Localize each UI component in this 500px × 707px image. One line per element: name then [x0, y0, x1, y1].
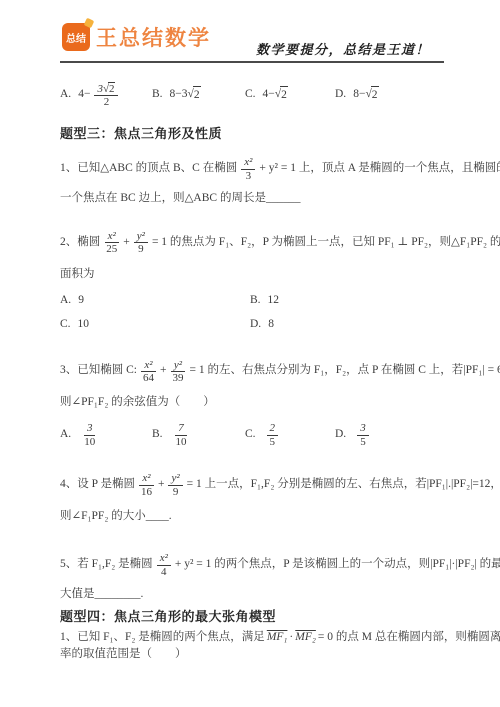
question-1-line-2: 一个焦点在 BC 边上，则△ABC 的周长是______: [60, 190, 446, 208]
option-a-label: A.: [60, 426, 71, 444]
option-d-prefix: 8−: [353, 86, 365, 104]
option-a-prefix: 4−: [78, 86, 90, 104]
option-c: C. 2 5: [245, 422, 335, 448]
worksheet-page: 总结 王总结数学 数学要提分，总结是王道！ A. 4− 3√2 2 B. 8−3…: [0, 0, 500, 707]
fraction: x² 64: [141, 359, 156, 385]
numerator: y²: [134, 230, 148, 243]
question-text: + y² = 1 上，顶点 A 是椭圆的一个焦点，且椭圆的另外: [259, 160, 500, 178]
option-a-value: 9: [78, 292, 84, 310]
option-d: D. 8: [250, 316, 274, 334]
option-c-prefix: 4−: [263, 86, 275, 104]
plus-sign: +: [123, 234, 130, 252]
question-text: 3、已知椭圆 C:: [60, 362, 137, 380]
fraction: 2 5: [267, 422, 279, 448]
brand-logo: 总结 王总结数学: [62, 22, 211, 52]
option-d-value: 8: [268, 316, 274, 334]
denominator: 10: [82, 436, 97, 448]
question-text: 4、设 P 是椭圆: [60, 476, 135, 494]
worksheet-content: A. 4− 3√2 2 B. 8−3 √2 C. 4− √2 D. 8− √2: [60, 70, 446, 663]
numerator: y²: [168, 472, 182, 485]
question-4-line-2: 则∠F₁PF₂ 的大小____.: [60, 508, 446, 526]
fraction: 3√2 2: [94, 82, 118, 109]
question-text: 1、已知 F₁、F₂ 是椭圆的两个焦点，满足: [60, 629, 265, 646]
question-5: 5、若 F₁,F₂ 是椭圆 x² 4 + y² = 1 的两个焦点，P 是该椭圆…: [60, 548, 446, 604]
option-c: C. 10: [60, 316, 250, 334]
numerator: x²: [157, 552, 171, 565]
question-text: = 0 的点 M 总在椭圆内部，则椭圆离心: [318, 629, 500, 646]
numerator: 3: [84, 422, 96, 435]
question-3: 3、已知椭圆 C: x² 64 + y² 39 = 1 的左、右焦点分别为 F₁…: [60, 354, 446, 452]
option-d-label: D.: [335, 426, 346, 444]
dot-operator: ·: [289, 629, 293, 646]
question-4: 4、设 P 是椭圆 x² 16 + y² 9 = 1 上一点，F₁,F₂ 分别是…: [60, 468, 446, 526]
option-b: B. 12: [250, 292, 279, 310]
options-row-previous-question: A. 4− 3√2 2 B. 8−3 √2 C. 4− √2 D. 8− √2: [60, 78, 446, 112]
option-c: C. 4− √2: [245, 86, 335, 105]
option-d: D. 3 5: [335, 422, 373, 448]
question-2-options-row-1: A. 9 B. 12: [60, 292, 446, 310]
option-c-value: 10: [78, 316, 90, 334]
option-a: A. 3 10: [60, 422, 152, 448]
question-2: 2、椭圆 x² 25 + y² 9 = 1 的焦点为 F₁、F₂，P 为椭圆上一…: [60, 226, 446, 333]
option-c-label: C.: [245, 86, 256, 104]
question-1: 1、已知△ABC 的顶点 B、C 在椭圆 x² 3 + y² = 1 上，顶点 …: [60, 152, 446, 208]
denominator: 16: [139, 486, 154, 498]
fraction: 7 10: [174, 422, 189, 448]
option-a: A. 4− 3√2 2: [60, 82, 152, 109]
option-c-label: C.: [245, 426, 256, 444]
option-b-prefix: 8−3: [170, 86, 188, 104]
option-b-label: B.: [152, 426, 163, 444]
question-text: + y² = 1 的两个焦点，P 是该椭圆上的一个动点，则|PF₁|·|PF₂|…: [175, 556, 500, 574]
question-text: = 1 的焦点为 F₁、F₂，P 为椭圆上一点，已知 PF₁ ⊥ PF₂，则△F…: [152, 234, 500, 252]
question-2-options-row-2: C. 10 D. 8: [60, 316, 446, 334]
question-6: 1、已知 F₁、F₂ 是椭圆的两个焦点，满足 MF₁ · MF₂ = 0 的点 …: [60, 629, 446, 664]
option-a: A. 9: [60, 292, 250, 310]
denominator: 39: [171, 372, 186, 384]
denominator: 10: [174, 436, 189, 448]
question-3-line-1: 3、已知椭圆 C: x² 64 + y² 39 = 1 的左、右焦点分别为 F₁…: [60, 354, 446, 388]
question-2-line-2: 面积为: [60, 266, 446, 284]
badge-text: 总结: [66, 30, 86, 45]
denominator: 25: [104, 243, 119, 255]
vector-mf2: MF₂: [295, 629, 316, 646]
radicand: 2: [193, 86, 201, 105]
denominator: 9: [171, 486, 181, 498]
question-6-line-1: 1、已知 F₁、F₂ 是椭圆的两个焦点，满足 MF₁ · MF₂ = 0 的点 …: [60, 629, 446, 646]
fraction: y² 39: [171, 359, 186, 385]
question-3-line-2: 则∠PF₁F₂ 的余弦值为（ ）: [60, 394, 446, 412]
question-text: = 1 的左、右焦点分别为 F₁，F₂，点 P 在椭圆 C 上，若|PF₁| =…: [190, 362, 500, 380]
denominator: 3: [244, 170, 254, 182]
radicand: 2: [280, 86, 288, 105]
option-b: B. 8−3 √2: [152, 86, 245, 105]
option-b-label: B.: [152, 86, 163, 104]
section-heading-3: 题型三：焦点三角形及性质: [60, 124, 446, 144]
question-3-options-row: A. 3 10 B. 7 10 C. 2: [60, 418, 446, 452]
denominator: 5: [268, 436, 278, 448]
question-text: 1、已知△ABC 的顶点 B、C 在椭圆: [60, 160, 237, 178]
header-tagline: 数学要提分，总结是王道！: [256, 39, 430, 58]
section-heading-4: 题型四：焦点三角形的最大张角模型: [60, 607, 446, 627]
denominator: 2: [102, 96, 112, 108]
option-a-label: A.: [60, 292, 71, 310]
numerator: x²: [241, 156, 255, 169]
numerator: x²: [139, 472, 153, 485]
fraction: x² 25: [104, 230, 119, 256]
option-a-label: A.: [60, 86, 71, 104]
option-d: D. 8− √2: [335, 86, 379, 105]
question-6-line-2: 率的取值范围是（ ）: [60, 646, 446, 663]
option-b-value: 12: [268, 292, 280, 310]
fraction: x² 16: [139, 472, 154, 498]
fraction: y² 9: [134, 230, 148, 256]
fraction: x² 3: [241, 156, 255, 182]
question-text: 2、椭圆: [60, 234, 100, 252]
numerator: x²: [141, 359, 155, 372]
option-c-label: C.: [60, 316, 71, 334]
fraction: y² 9: [168, 472, 182, 498]
denominator: 4: [159, 566, 169, 578]
brand-badge-icon: 总结: [62, 23, 90, 51]
vector-mf1: MF₁: [267, 629, 288, 646]
denominator: 64: [141, 372, 156, 384]
question-5-line-1: 5、若 F₁,F₂ 是椭圆 x² 4 + y² = 1 的两个焦点，P 是该椭圆…: [60, 548, 446, 582]
plus-sign: +: [160, 362, 167, 380]
option-d-label: D.: [250, 316, 261, 334]
numerator: 3: [357, 422, 369, 435]
radicand: 2: [371, 86, 379, 105]
question-text: = 1 上一点，F₁,F₂ 分别是椭圆的左、右焦点，若|PF₁|.|PF₂|=1…: [187, 476, 500, 494]
option-b-label: B.: [250, 292, 261, 310]
option-b: B. 7 10: [152, 422, 245, 448]
brand-name: 王总结数学: [96, 22, 211, 52]
numerator: x²: [105, 230, 119, 243]
question-4-line-1: 4、设 P 是椭圆 x² 16 + y² 9 = 1 上一点，F₁,F₂ 分别是…: [60, 468, 446, 502]
question-1-line-1: 1、已知△ABC 的顶点 B、C 在椭圆 x² 3 + y² = 1 上，顶点 …: [60, 152, 446, 186]
plus-sign: +: [158, 476, 165, 494]
denominator: 5: [358, 436, 368, 448]
radicand: 2: [108, 82, 116, 95]
option-d-label: D.: [335, 86, 346, 104]
numerator: 7: [175, 422, 187, 435]
question-5-line-2: 大值是________.: [60, 586, 446, 604]
numerator: y²: [171, 359, 185, 372]
denominator: 9: [136, 243, 146, 255]
question-text: 5、若 F₁,F₂ 是椭圆: [60, 556, 153, 574]
fraction: x² 4: [157, 552, 171, 578]
numerator: 2: [267, 422, 279, 435]
question-2-line-1: 2、椭圆 x² 25 + y² 9 = 1 的焦点为 F₁、F₂，P 为椭圆上一…: [60, 226, 446, 260]
fraction: 3 5: [357, 422, 369, 448]
fraction: 3 10: [82, 422, 97, 448]
page-header: 总结 王总结数学 数学要提分，总结是王道！: [60, 18, 444, 63]
